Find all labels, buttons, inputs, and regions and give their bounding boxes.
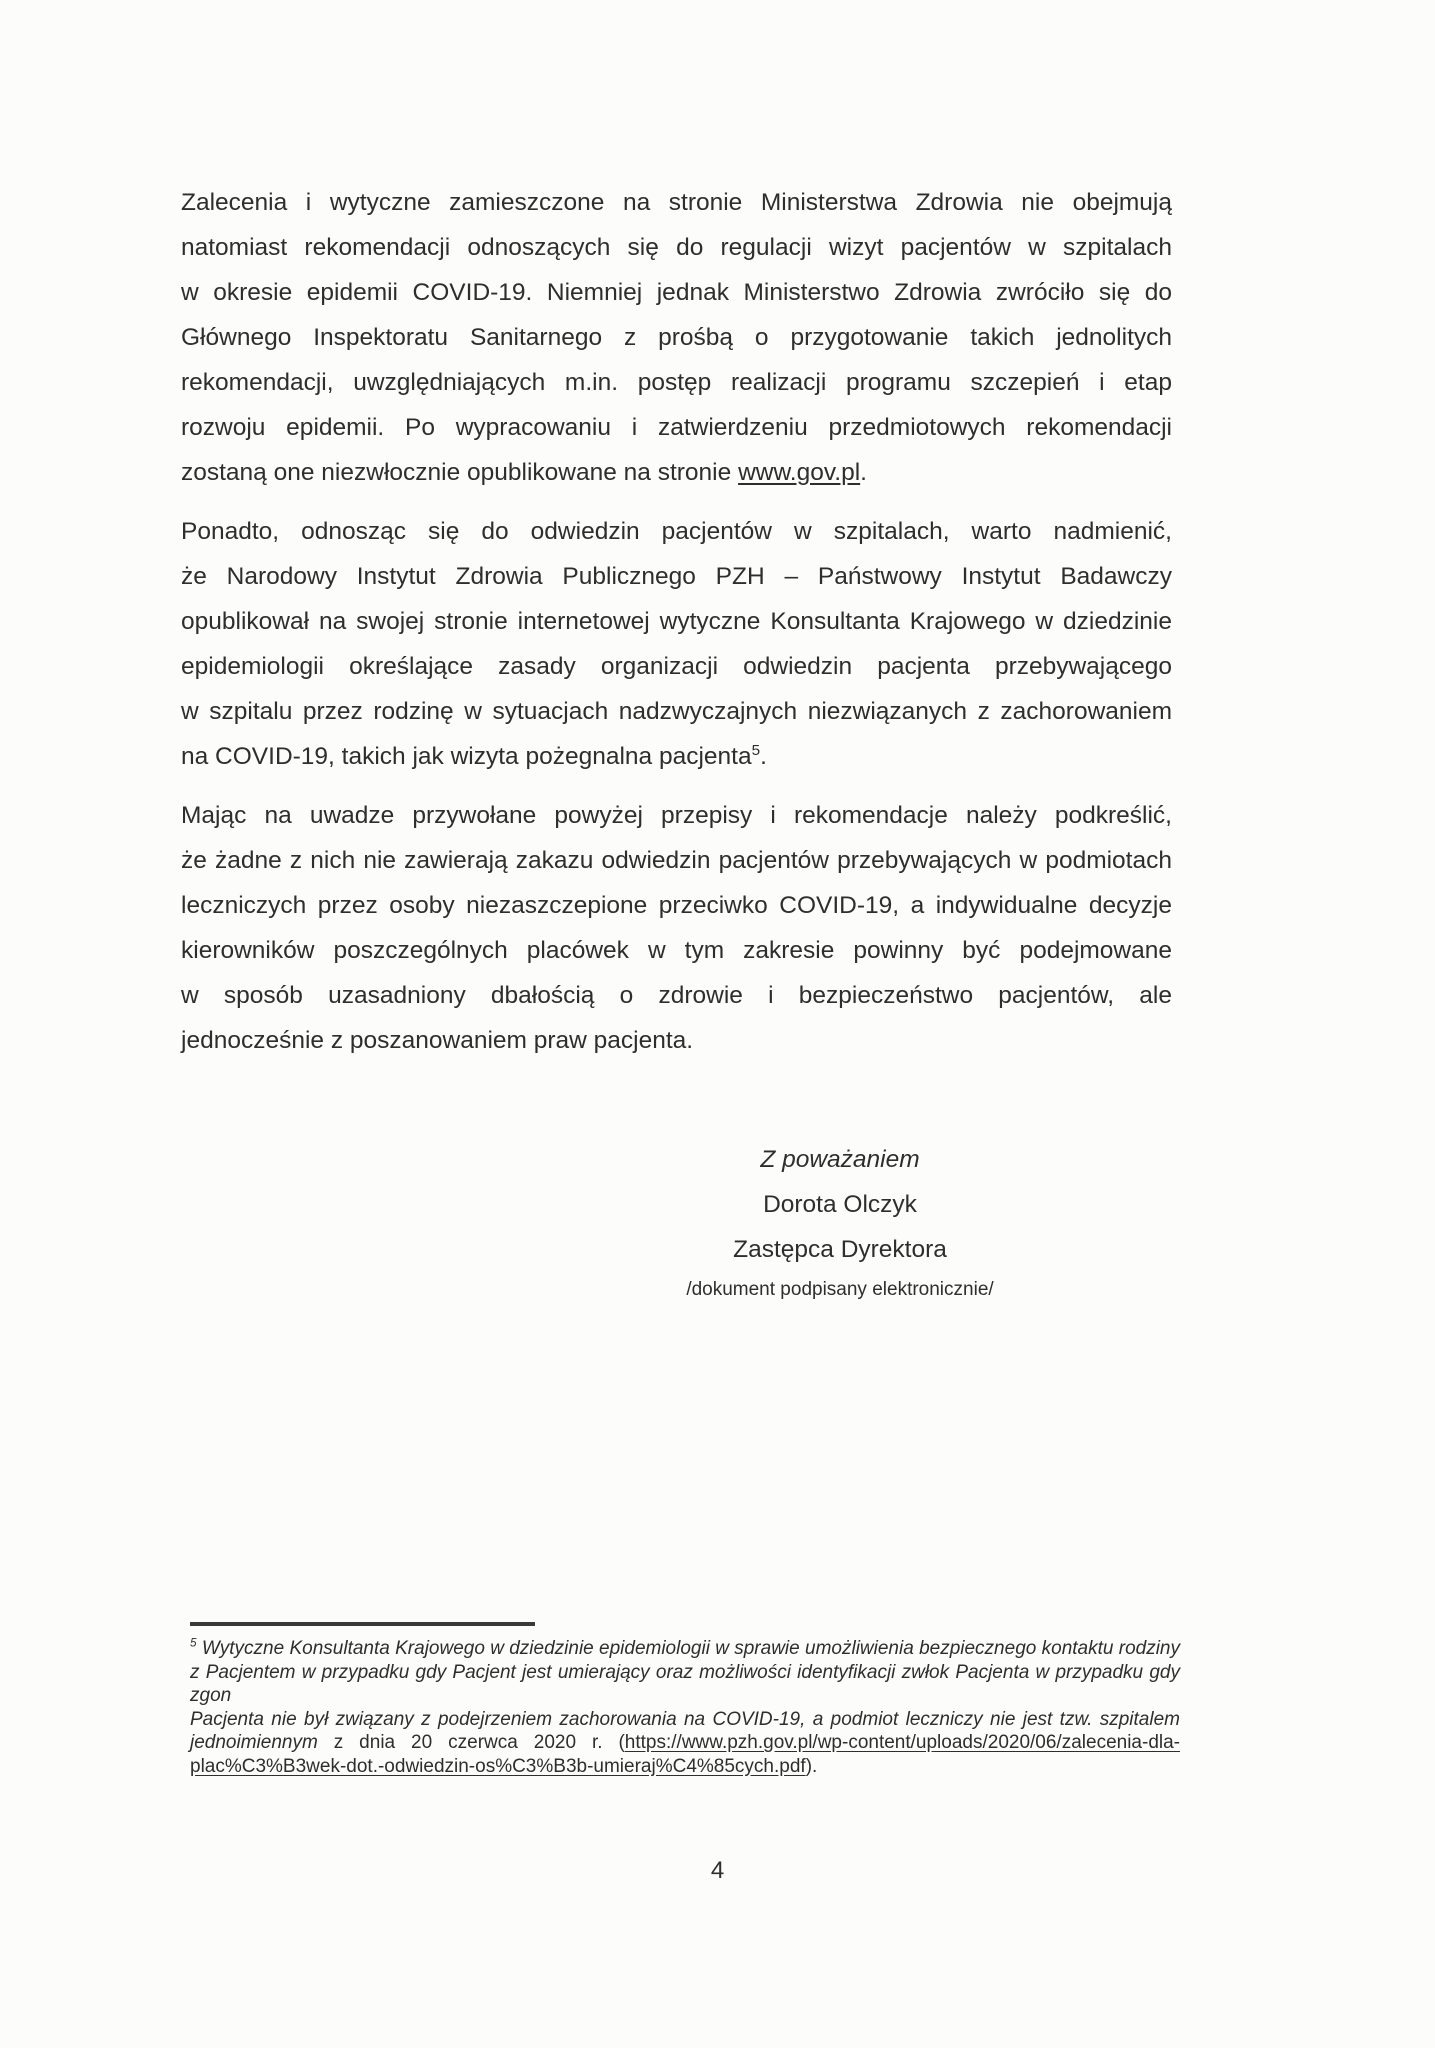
pzh-pdf-link[interactable]: https://www.pzh.gov.pl/wp-content/upload… <box>625 1732 1180 1753</box>
paragraph: Zalecenia i wytyczne zamieszczone na str… <box>181 180 1172 495</box>
text-segment: rekomendacji, uwzględniających m.in. pos… <box>181 369 1172 396</box>
text-line: plac%C3%B3wek-dot.-odwiedzin-os%C3%B3b-u… <box>190 1755 1180 1779</box>
body-paragraphs: Zalecenia i wytyczne zamieszczone na str… <box>181 180 1172 1063</box>
text-line: Mając na uwadze przywołane powyżej przep… <box>181 793 1172 838</box>
text-segment: Pacjenta nie był związany z podejrzeniem… <box>190 1709 1180 1730</box>
text-segment: w okresie epidemii COVID-19. Niemniej je… <box>181 279 1172 306</box>
text-line: z Pacjentem w przypadku gdy Pacjent jest… <box>190 1661 1180 1708</box>
page-number: 4 <box>0 1856 1435 1886</box>
text-line: leczniczych przez osoby niezaszczepione … <box>181 883 1172 928</box>
text-segment: że żadne z nich nie zawierają zakazu odw… <box>181 847 1172 874</box>
text-line: zostaną one niezwłocznie opublikowane na… <box>181 450 1172 495</box>
text-line: że żadne z nich nie zawierają zakazu odw… <box>181 838 1172 883</box>
text-segment: opublikował na swojej stronie internetow… <box>181 608 1172 635</box>
text-line: w okresie epidemii COVID-19. Niemniej je… <box>181 270 1172 315</box>
text-line: epidemiologii określające zasady organiz… <box>181 644 1172 689</box>
footnote-reference-5: 5 <box>752 742 760 759</box>
text-segment: jednocześnie z poszanowaniem praw pacjen… <box>181 1027 693 1054</box>
text-line: kierowników poszczególnych placówek w ty… <box>181 928 1172 973</box>
text-segment: Ponadto, odnosząc się do odwiedzin pacje… <box>181 518 1172 545</box>
signature-block: Z poważaniem Dorota Olczyk Zastępca Dyre… <box>508 1137 1172 1308</box>
text-line: Ponadto, odnosząc się do odwiedzin pacje… <box>181 509 1172 554</box>
text-line: rozwoju epidemii. Po wypracowaniu i zatw… <box>181 405 1172 450</box>
gov-pl-link[interactable]: www.gov.pl <box>738 459 860 486</box>
scanned-letter-page: Zalecenia i wytyczne zamieszczone na str… <box>0 0 1435 2048</box>
paragraph: Ponadto, odnosząc się do odwiedzin pacje… <box>181 509 1172 779</box>
text-segment: ). <box>806 1756 818 1777</box>
signature-title: Zastępca Dyrektora <box>508 1227 1172 1272</box>
text-segment: Wytyczne Konsultanta Krajowego w dziedzi… <box>197 1638 1180 1659</box>
footnote-separator <box>190 1622 535 1626</box>
text-line: opublikował na swojej stronie internetow… <box>181 599 1172 644</box>
text-segment: Głównego Inspektoratu Sanitarnego z proś… <box>181 324 1172 351</box>
text-segment: rozwoju epidemii. Po wypracowaniu i zatw… <box>181 414 1172 441</box>
text-segment: jednoimiennym <box>190 1732 318 1753</box>
text-line: jednocześnie z poszanowaniem praw pacjen… <box>181 1018 1172 1063</box>
text-segment: z Pacjentem w przypadku gdy Pacjent jest… <box>190 1662 1180 1707</box>
text-line: że Narodowy Instytut Zdrowia Publicznego… <box>181 554 1172 599</box>
text-line: natomiast rekomendacji odnoszących się d… <box>181 225 1172 270</box>
text-segment: natomiast rekomendacji odnoszących się d… <box>181 234 1172 261</box>
text-line: jednoimiennym z dnia 20 czerwca 2020 r. … <box>190 1731 1180 1755</box>
text-segment: w sposób uzasadniony dbałością o zdrowie… <box>181 982 1172 1009</box>
text-line: 5 Wytyczne Konsultanta Krajowego w dzied… <box>190 1637 1180 1661</box>
text-segment: w szpitalu przez rodzinę w sytuacjach na… <box>181 698 1172 725</box>
text-segment: na COVID-19, takich jak wizyta pożegnaln… <box>181 743 752 770</box>
footnote-section: 5 Wytyczne Konsultanta Krajowego w dzied… <box>190 1622 1180 1778</box>
signature-electronic-note: /dokument podpisany elektronicznie/ <box>508 1272 1172 1308</box>
text-segment: że Narodowy Instytut Zdrowia Publicznego… <box>181 563 1172 590</box>
text-segment: Zalecenia i wytyczne zamieszczone na str… <box>181 189 1172 216</box>
text-segment: epidemiologii określające zasady organiz… <box>181 653 1172 680</box>
text-segment: . <box>860 459 867 486</box>
pzh-pdf-link[interactable]: plac%C3%B3wek-dot.-odwiedzin-os%C3%B3b-u… <box>190 1756 806 1777</box>
text-line: w szpitalu przez rodzinę w sytuacjach na… <box>181 689 1172 734</box>
text-segment: Mając na uwadze przywołane powyżej przep… <box>181 802 1172 829</box>
text-segment: . <box>760 743 767 770</box>
text-line: Pacjenta nie był związany z podejrzeniem… <box>190 1708 1180 1732</box>
text-segment: kierowników poszczególnych placówek w ty… <box>181 937 1172 964</box>
text-segment: leczniczych przez osoby niezaszczepione … <box>181 892 1172 919</box>
text-line: na COVID-19, takich jak wizyta pożegnaln… <box>181 734 1172 779</box>
text-segment: z dnia 20 czerwca 2020 r. ( <box>318 1732 625 1753</box>
text-line: Zalecenia i wytyczne zamieszczone na str… <box>181 180 1172 225</box>
signature-closing: Z poważaniem <box>508 1137 1172 1182</box>
text-line: w sposób uzasadniony dbałością o zdrowie… <box>181 973 1172 1018</box>
text-segment: zostaną one niezwłocznie opublikowane na… <box>181 459 738 486</box>
letter-body: Zalecenia i wytyczne zamieszczone na str… <box>181 180 1172 1308</box>
text-line: rekomendacji, uwzględniających m.in. pos… <box>181 360 1172 405</box>
text-line: Głównego Inspektoratu Sanitarnego z proś… <box>181 315 1172 360</box>
footnote-text: 5 Wytyczne Konsultanta Krajowego w dzied… <box>190 1637 1180 1778</box>
paragraph: Mając na uwadze przywołane powyżej przep… <box>181 793 1172 1063</box>
signature-name: Dorota Olczyk <box>508 1182 1172 1227</box>
